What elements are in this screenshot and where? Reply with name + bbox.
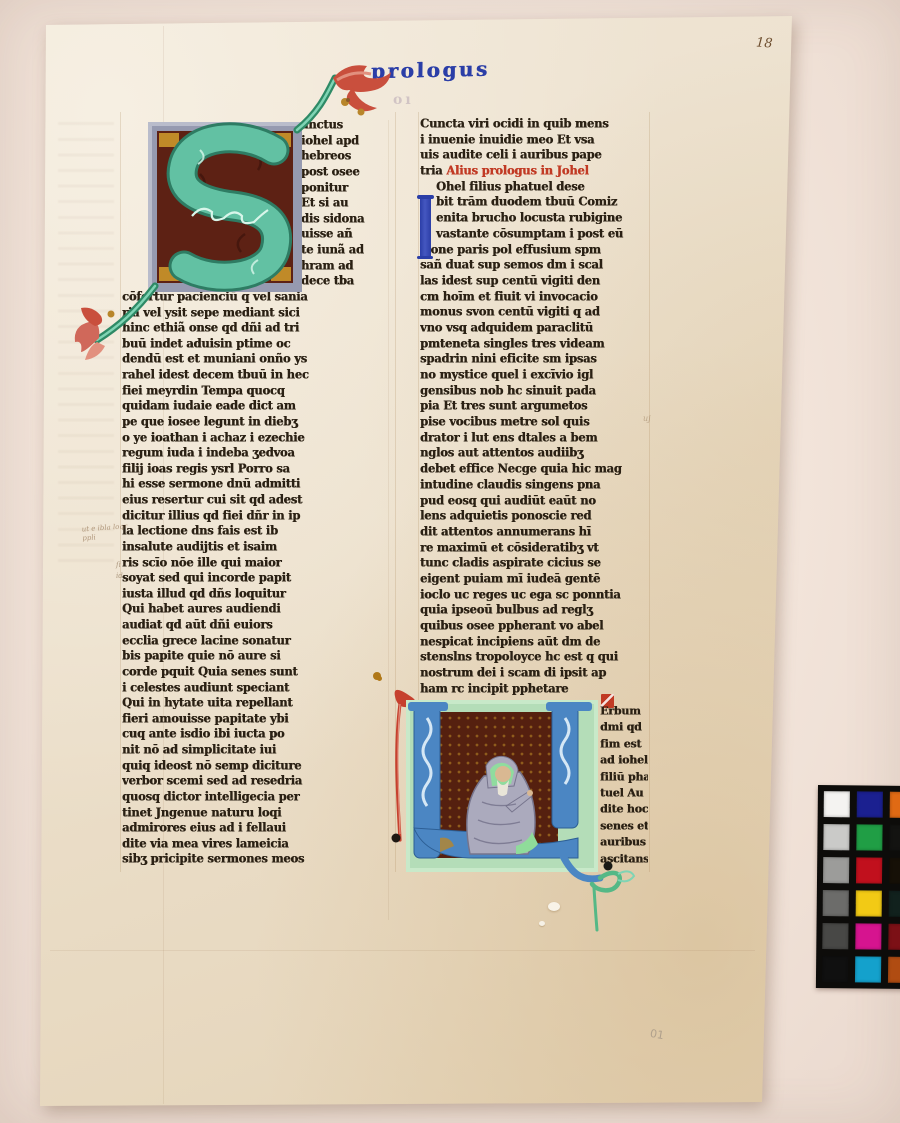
checker-patch bbox=[888, 957, 900, 983]
checker-row bbox=[824, 791, 900, 818]
text-line: cm hoīm et fiuit vi invocacio bbox=[420, 289, 648, 305]
text-line: cuq ante isdio ibi iucta po bbox=[122, 726, 394, 742]
checker-patch bbox=[824, 791, 850, 817]
text-line: dit attentos annumerans hī bbox=[420, 524, 648, 540]
checker-patch bbox=[823, 857, 849, 883]
text-line: Ohel filius phatuel dese bbox=[420, 179, 648, 195]
text-line: pia Et tres sunt argumetos bbox=[420, 398, 648, 414]
text-line: soyat sed qui incorde papit bbox=[122, 570, 394, 586]
text-line: nglos aut attentos audiibʒ bbox=[420, 445, 648, 461]
text-line: quia ipseoū bulbus ad reglʒ bbox=[420, 602, 648, 618]
color-calibration-target bbox=[816, 785, 900, 989]
parchment-leaf: prologus oı 18 01 anctusiohel apdhebreos… bbox=[0, 0, 900, 1123]
manuscript-photograph: prologus oı 18 01 anctusiohel apdhebreos… bbox=[0, 0, 900, 1123]
text-line: i inuenie inuidie meo Et vsa bbox=[420, 132, 648, 148]
checker-patch bbox=[823, 824, 849, 850]
text-line: bit trām duodem tbuū Comiz bbox=[420, 194, 648, 210]
text-line: lens adquietis ponoscie red bbox=[420, 508, 648, 524]
text-line: audiat qd aūt dñi euiors bbox=[122, 617, 394, 633]
checker-patch bbox=[857, 791, 883, 817]
text-line: dicitur illius qd fiei dñr in ip bbox=[122, 508, 394, 524]
text-line: fiei meyrdin Tempa quocq bbox=[122, 383, 394, 399]
text-line: fieri amouisse papitate ybi bbox=[122, 711, 394, 727]
text-line: regum iuda i indeba ʒedvoa bbox=[122, 445, 394, 461]
parchment-flaw bbox=[539, 921, 545, 926]
marginal-mark-right: uj bbox=[643, 414, 651, 423]
text-line: iusta illud qd dñs loquitur bbox=[122, 586, 394, 602]
parchment-flaw bbox=[548, 902, 560, 911]
text-line: spadrin nini eficite sm ipsas bbox=[420, 351, 648, 367]
marginal-small-marks: ſi id bbox=[116, 560, 123, 582]
text-line: pe que iosee legunt in diebʒ bbox=[122, 414, 394, 430]
checker-patch bbox=[855, 956, 881, 982]
heading-ghost-bleed: oı bbox=[393, 92, 414, 108]
text-line: re maximū et cōsideratibʒ vt bbox=[420, 540, 648, 556]
right-column-lines: Ohel filius phatuel desebit trām duodem … bbox=[420, 179, 648, 697]
ink-speck bbox=[346, 98, 350, 102]
text-line: pise vocibus metre sol quis bbox=[420, 414, 648, 430]
checker-patch bbox=[889, 891, 900, 917]
text-line: las idest sup centū vigiti den bbox=[420, 273, 648, 289]
checker-row bbox=[822, 923, 900, 950]
text-line: quiq ideost nō semp diciture bbox=[122, 758, 394, 774]
text-line: sione paris pol effusium spm bbox=[420, 242, 648, 258]
text-line: ioclo uc reges uc ega sc ponntia bbox=[420, 587, 648, 603]
text-line: pmteneta singles tres videam bbox=[420, 336, 648, 352]
text-line: hi esse sermone dnū admitti bbox=[122, 476, 394, 492]
checker-patch bbox=[889, 858, 900, 884]
checker-row bbox=[822, 956, 900, 983]
text-line: no mystice quel i excīvio igl bbox=[420, 367, 648, 383]
right-text-column: Cuncta viri ocidi in quib mensi inuenie … bbox=[420, 116, 648, 696]
checker-row bbox=[823, 890, 900, 917]
text-line: sañ duat sup semos dm i scal bbox=[420, 257, 648, 273]
text-line: dite via mea vires lameicia bbox=[122, 836, 394, 852]
text-line: rahel idest decem tbuū in hec bbox=[122, 367, 394, 383]
text-line: quosq dictor intelligecia per bbox=[122, 789, 394, 805]
ink-dot bbox=[392, 834, 401, 843]
text-line: Cuncta viri ocidi in quib mens bbox=[420, 116, 648, 132]
checker-rows bbox=[822, 791, 900, 983]
text-line: ris scīo nōe ille qui maior bbox=[122, 555, 394, 571]
text-line: intudine claudis singens pna bbox=[420, 477, 648, 493]
text-line: monus svon centū vigiti q ad bbox=[420, 304, 648, 320]
text-line: verbor scemi sed ad resedria bbox=[122, 773, 394, 789]
text-line: la lectione dns fais est ib bbox=[122, 523, 394, 539]
text-line: corde pquit Quia senes sunt bbox=[122, 664, 394, 680]
checker-row bbox=[823, 857, 900, 884]
text-line: tinet Jngenue naturu loqi bbox=[122, 805, 394, 821]
rubric-prefix: tria bbox=[420, 163, 446, 178]
text-line: vastante cōsumptam i post eū bbox=[420, 226, 648, 242]
text-line: vno vsq adquidem paraclitū bbox=[420, 320, 648, 336]
parchment-shadow: prologus oı 18 01 anctusiohel apdhebreos… bbox=[0, 0, 900, 1123]
checker-patch bbox=[822, 956, 848, 982]
text-line: o ye ioathan i achaz i ezechie bbox=[122, 430, 394, 446]
text-line: pud eosq qui audiūt eaūt no bbox=[420, 493, 648, 509]
folio-number: 18 bbox=[755, 35, 773, 51]
rubric-red-text: Alius prologus in Johel bbox=[446, 163, 588, 178]
text-line: ecclia grece lacine sonatur bbox=[122, 633, 394, 649]
text-line: Qui in hytate uita repellant bbox=[122, 695, 394, 711]
fold-crease bbox=[50, 950, 755, 951]
checker-patch bbox=[890, 792, 900, 818]
checker-row bbox=[823, 824, 900, 851]
foliate-flourish bbox=[75, 50, 387, 362]
text-line: debet effice Necge quia hic mag bbox=[420, 461, 648, 477]
checker-patch bbox=[889, 825, 900, 851]
checker-patch bbox=[856, 824, 882, 850]
green-descender bbox=[594, 888, 597, 930]
checker-patch bbox=[888, 924, 900, 950]
text-line: gensibus nob hc sinuit pada bbox=[420, 383, 648, 399]
text-line: tunc cladis aspirate cicius se bbox=[420, 555, 648, 571]
checker-patch bbox=[855, 923, 881, 949]
text-line: eius resertur cui sit qd adest bbox=[122, 492, 394, 508]
checker-patch bbox=[856, 857, 882, 883]
text-line: uis audite celi i auribus pape bbox=[420, 147, 648, 163]
checker-patch bbox=[856, 890, 882, 916]
text-line: enita brucho locusta rubigine bbox=[420, 210, 648, 226]
checker-patch bbox=[822, 923, 848, 949]
left-column-lines: cōfertur pacienciū q vel saniaria vel ys… bbox=[122, 289, 394, 867]
pencil-annotation: 01 bbox=[649, 1027, 665, 1042]
text-line: nit nō ad simplicitate iui bbox=[122, 742, 394, 758]
checker-patch bbox=[823, 890, 849, 916]
text-line: filij ioas regis ysrl Porro sa bbox=[122, 461, 394, 477]
text-line: quidam iudaie eade dict am bbox=[122, 398, 394, 414]
historiated-initial-prophet bbox=[374, 642, 659, 934]
text-line: bis papite quie nō aure si bbox=[122, 648, 394, 664]
ink-dot bbox=[604, 862, 613, 871]
text-line: insalute audijtis et isaim bbox=[122, 539, 394, 555]
rubric-line: tria Alius prologus in Johel bbox=[420, 163, 648, 179]
ink-speck bbox=[377, 676, 382, 681]
text-line: drator i lut ens dtales a bem bbox=[420, 430, 648, 446]
text-line: i celestes audiunt speciant bbox=[122, 680, 394, 696]
text-line: sibʒ pricipite sermones meos bbox=[122, 851, 394, 867]
text-line: quibus osee ppherant vo abel bbox=[420, 618, 648, 634]
pen-flourished-initial-i bbox=[420, 197, 431, 258]
text-line: Qui habet aures audiendi bbox=[122, 601, 394, 617]
text-line: eigent puiam mī iudeā gentē bbox=[420, 571, 648, 587]
text-line: admirores eius ad i fellaui bbox=[122, 820, 394, 836]
right-column-intro: Cuncta viri ocidi in quib mensi inuenie … bbox=[420, 116, 648, 163]
